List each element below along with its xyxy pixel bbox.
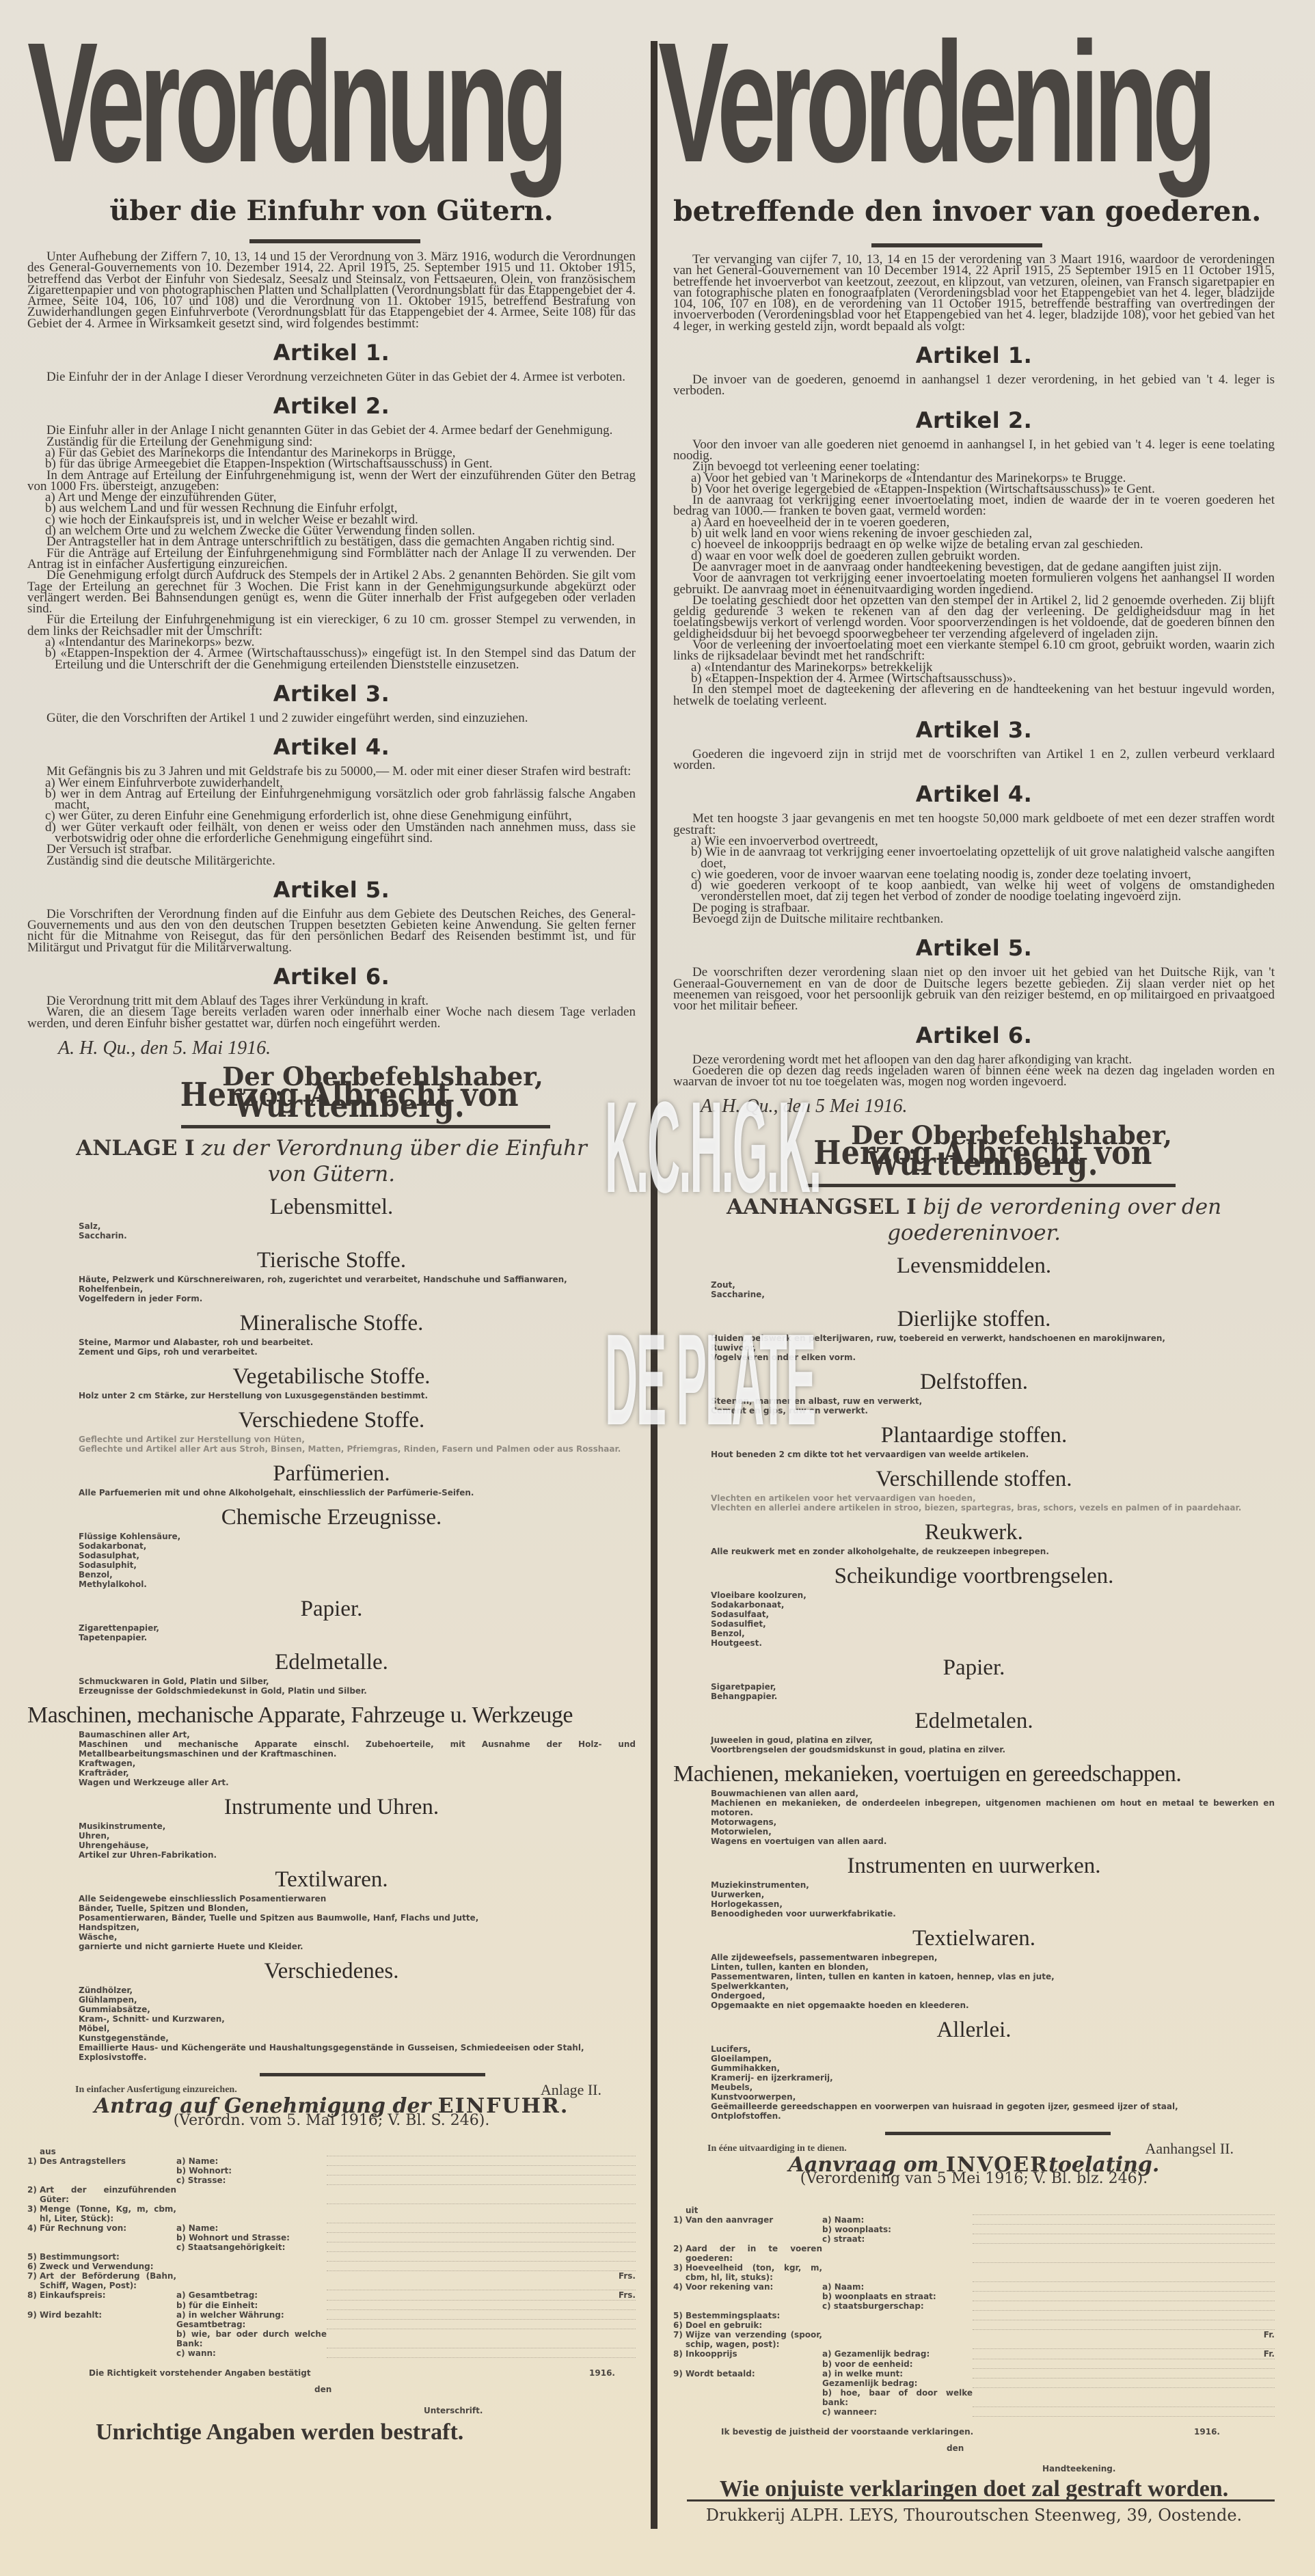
form-field-blank[interactable] xyxy=(327,2320,636,2329)
german-form-den: den xyxy=(27,2384,636,2395)
form-field-blank[interactable] xyxy=(327,2252,636,2262)
category-item: Uhren, xyxy=(79,1831,636,1841)
form-field-num: 4) xyxy=(27,2223,40,2233)
form-field-row: b) wie, bar oder durch welche Bank: xyxy=(27,2329,636,2348)
article-paragraph: Goederen die ingevoerd zijn in strijd me… xyxy=(673,749,1275,772)
form-field-label xyxy=(40,2166,176,2175)
german-column: Verordnung über die Einfuhr von Gütern. … xyxy=(27,0,636,2576)
article-paragraph: Die Vorschriften der Verordnung finden a… xyxy=(27,909,636,953)
form-field-label xyxy=(686,2301,822,2311)
category-heading: Edelmetalen. xyxy=(673,1707,1275,1735)
category-item: Sodakarbonaat, xyxy=(711,1600,1275,1610)
form-field-sub: c) Strasse: xyxy=(176,2175,327,2185)
category-item: Wäsche, xyxy=(79,1932,636,1942)
form-field-num: 5) xyxy=(27,2252,40,2262)
form-field-row: c) staatsburgerschap: xyxy=(673,2301,1275,2311)
form-field-blank[interactable] xyxy=(973,2407,1275,2417)
form-field-num xyxy=(27,2301,40,2310)
form-field-row: 5)Bestimmungsort: xyxy=(27,2252,636,2262)
dutch-form-fields: uit1)Van den aanvragera) Naam:b) woonpla… xyxy=(673,2206,1275,2417)
category-item: Kraftwagen, xyxy=(79,1759,636,1768)
dutch-annex-heading-rest: bij de verordening over den goedereninvo… xyxy=(887,1195,1221,1245)
title-rule xyxy=(249,239,420,243)
category-heading: Verschiedenes. xyxy=(27,1957,636,1985)
category-item: Alle Seidengewebe einschliesslich Posame… xyxy=(79,1894,636,1903)
form-field-num xyxy=(673,2378,686,2388)
article-paragraph: b) «Etappen-Inspektion der 4. Armee (Wir… xyxy=(27,648,636,670)
article-heading: Artikel 2. xyxy=(27,390,636,422)
form-field-blank[interactable] xyxy=(973,2369,1275,2378)
category-items: Muziekinstrumenten,Uurwerken,Horlogekass… xyxy=(673,1880,1275,1919)
form-field-label: Für Rechnung von: xyxy=(40,2223,176,2233)
form-field-num: 2) xyxy=(27,2185,40,2204)
category-item: Voortbrengselen der goudsmidskunst in go… xyxy=(711,1745,1275,1754)
category-heading: Verschillende stoffen. xyxy=(673,1465,1275,1493)
form-field-row: c) wanneer: xyxy=(673,2407,1275,2417)
form-field-label xyxy=(686,2225,822,2234)
category-item: Bouwmachienen van allen aard, xyxy=(711,1789,1275,1798)
form-field-row: 4)Für Rechnung von:a) Name: xyxy=(27,2223,636,2233)
category-item: Benzol, xyxy=(711,1629,1275,1638)
form-field-sub: b) woonplaats en straat: xyxy=(822,2292,973,2301)
poster: Verordnung über die Einfuhr von Gütern. … xyxy=(0,0,1315,2576)
category-item: Zement und Gips, roh und verarbeitet. xyxy=(79,1347,636,1357)
category-heading: Reukwerk. xyxy=(673,1518,1275,1547)
form-field-blank[interactable] xyxy=(327,2166,636,2175)
german-annex-heading-rest: zu der Verordnung über die Einfuhr von G… xyxy=(202,1136,587,1187)
category-item: garnierte und nicht garnierte Huete und … xyxy=(79,1942,636,1951)
form-field-blank[interactable] xyxy=(327,2262,636,2271)
category-item: Möbel, xyxy=(79,2024,636,2033)
category-item: Kunstgegenstände, xyxy=(79,2033,636,2043)
form-field-label xyxy=(686,2378,822,2388)
form-field-blank[interactable] xyxy=(327,2175,636,2185)
category-item: Saccharine, xyxy=(711,1290,1275,1299)
category-item: Holz unter 2 cm Stärke, zur Herstellung … xyxy=(79,1391,636,1400)
article-paragraph: Die Einfuhr der in der Anlage I dieser V… xyxy=(27,372,636,383)
form-field-row: uit xyxy=(673,2206,1275,2215)
form-field-sub: c) staatsburgerschap: xyxy=(822,2301,973,2311)
form-field-sub: c) wann: xyxy=(176,2348,327,2358)
form-field-row: c) Staatsangehörigkeit: xyxy=(27,2242,636,2252)
category-heading: Lebensmittel. xyxy=(27,1193,636,1221)
dutch-form-title: Aanvraag om INVOERtoelating. xyxy=(673,2160,1275,2171)
form-field-label xyxy=(686,2359,822,2369)
form-field-row: c) wann: xyxy=(27,2348,636,2358)
form-field-num xyxy=(27,2147,40,2156)
category-heading: Levensmiddelen. xyxy=(673,1251,1275,1280)
signature-rule xyxy=(806,1184,1176,1187)
form-field-row: 2)Art der einzuführenden Güter: xyxy=(27,2185,636,2204)
article-heading: Artikel 3. xyxy=(27,677,636,710)
form-field-sub xyxy=(176,2185,327,2204)
german-categories: Lebensmittel.Salz,Saccharin.Tierische St… xyxy=(27,1193,636,2062)
form-field-num: 8) xyxy=(27,2290,40,2301)
watermark-kchgk: K.C.H.G.K. xyxy=(605,1073,820,1222)
form-field-row: Gesamtbetrag: xyxy=(27,2320,636,2329)
form-field-num xyxy=(27,2233,40,2242)
category-item: Wagen und Werkzeuge aller Art. xyxy=(79,1778,636,1787)
form-field-num xyxy=(27,2166,40,2175)
form-field-blank[interactable] xyxy=(327,2147,636,2156)
form-field-row: 8)Inkoopprijsa) Gezamenlijk bedrag:Fr. xyxy=(673,2349,1275,2359)
form-field-blank[interactable] xyxy=(327,2242,636,2252)
form-field-label: Inkoopprijs xyxy=(686,2349,822,2359)
german-articles: Artikel 1.Die Einfuhr der in der Anlage … xyxy=(27,336,636,1029)
category-item: Kram-, Schnitt- und Kurzwaren, xyxy=(79,2014,636,2024)
form-field-sub xyxy=(822,2320,973,2330)
form-field-label: Bestimmungsort: xyxy=(40,2252,176,2262)
german-form-year: 1916. xyxy=(589,2368,615,2378)
category-item: Geflechte und Artikel aller Art aus Stro… xyxy=(79,1444,636,1454)
german-annex-heading: ANLAGE I zu der Verordnung über die Einf… xyxy=(27,1135,636,1187)
dutch-form: In ééne uitvaardiging in te dienen. Aanh… xyxy=(673,2143,1275,2521)
form-field-num: 3) xyxy=(673,2263,686,2282)
category-item: Benoodigheden voor uurwerkfabrikatie. xyxy=(711,1909,1275,1919)
form-field-blank[interactable] xyxy=(327,2348,636,2358)
category-item: Explosivstoffe. xyxy=(79,2052,636,2062)
german-annex-label: ANLAGE I xyxy=(76,1136,195,1161)
category-item: Uurwerken, xyxy=(711,1890,1275,1899)
category-item: Bänder, Tuelle, Spitzen und Blonden, xyxy=(79,1903,636,1913)
article-paragraph: Zuständig sind die deutsche Militärgeric… xyxy=(27,856,636,867)
category-heading: Parfümerien. xyxy=(27,1459,636,1488)
form-field-num xyxy=(673,2292,686,2301)
article-paragraph: d) wie goederen verkoopt of te koop aanb… xyxy=(673,880,1275,903)
article-paragraph: Die Genehmigung erfolgt durch Aufdruck d… xyxy=(27,570,636,614)
form-field-row: 6)Doel en gebruik: xyxy=(673,2320,1275,2330)
category-items: Geflechte und Artikel zur Herstellung vo… xyxy=(27,1435,636,1454)
form-field-num xyxy=(27,2348,40,2358)
category-items: Schmuckwaren in Gold, Platin und Silber,… xyxy=(27,1677,636,1696)
category-item: Posamentierwaren, Bänder, Tuelle und Spi… xyxy=(79,1913,636,1923)
german-signatory-name: Herzog Albrecht von Württemberg. xyxy=(64,1089,599,1112)
form-field-label xyxy=(686,2292,822,2301)
category-item: Zigarettenpapier, xyxy=(79,1623,636,1633)
form-field-blank[interactable] xyxy=(327,2301,636,2310)
form-field-sub: a) Name: xyxy=(176,2223,327,2233)
article-paragraph: Voor de aanvragen tot verkrijging eener … xyxy=(673,573,1275,595)
category-items: Salz,Saccharin. xyxy=(27,1221,636,1240)
category-item: Gloeilampen, xyxy=(711,2054,1275,2063)
german-form: In einfacher Ausfertigung einzureichen. … xyxy=(27,2085,636,2438)
form-field-row: 8)Einkaufspreis:a) Gesamtbetrag:Frs. xyxy=(27,2290,636,2301)
form-field-label xyxy=(40,2320,176,2329)
form-field-blank[interactable] xyxy=(973,2263,1275,2282)
form-field-sub: a) Naam: xyxy=(822,2282,973,2292)
form-field-num: 1) xyxy=(673,2215,686,2225)
category-item: Sigaretpapier, xyxy=(711,1682,1275,1692)
category-item: Machienen en mekanieken, de onderdeelen … xyxy=(711,1798,1275,1817)
form-field-blank[interactable] xyxy=(327,2156,636,2166)
form-field-num: 8) xyxy=(673,2349,686,2359)
category-item: Houtgeest. xyxy=(711,1638,1275,1648)
category-item: Maschinen und mechanische Apparate einsc… xyxy=(79,1739,636,1759)
form-field-num xyxy=(673,2388,686,2407)
category-item: Linten, tullen, kanten en blonden, xyxy=(711,1962,1275,1972)
category-item: Sodasulfaat, xyxy=(711,1610,1275,1619)
category-item: Alle reukwerk met en zonder alkoholgehal… xyxy=(711,1547,1275,1556)
form-field-blank[interactable] xyxy=(973,2301,1275,2311)
category-items: Bouwmachienen van allen aard,Machienen e… xyxy=(673,1789,1275,1846)
dutch-articles: Artikel 1.De invoer van de goederen, gen… xyxy=(673,339,1275,1087)
category-items: Steine, Marmor und Alabaster, roh und be… xyxy=(27,1338,636,1357)
german-title: Verordnung xyxy=(27,17,562,188)
form-field-label xyxy=(40,2175,176,2185)
article-paragraph: De toelating geschiedt door het opzetten… xyxy=(673,595,1275,640)
signature-rule xyxy=(181,1125,550,1128)
category-item: Spelwerkkanten, xyxy=(711,1981,1275,1991)
category-item: Vogelfedern in jeder Form. xyxy=(79,1294,636,1303)
article-paragraph: Für die Anträge auf Erteilung der Einfuh… xyxy=(27,548,636,571)
form-field-blank[interactable] xyxy=(327,2329,636,2348)
annex-rule xyxy=(885,2132,1111,2135)
form-field-sub: c) wanneer: xyxy=(822,2407,973,2417)
category-item: Erzeugnisse der Goldschmiedekunst in Gol… xyxy=(79,1686,636,1696)
form-field-blank[interactable] xyxy=(327,2204,636,2223)
form-field-blank[interactable] xyxy=(973,2244,1275,2263)
form-field-sub: b) Wohnort: xyxy=(176,2166,327,2175)
form-field-label: Doel en gebruik: xyxy=(686,2320,822,2330)
form-field-label: Hoeveelheid (ton, kgr, m, cbm, hl, lit, … xyxy=(686,2263,822,2282)
form-field-row: b) woonplaats: xyxy=(673,2225,1275,2234)
form-field-blank[interactable] xyxy=(327,2310,636,2320)
form-field-row: Gezamenlijk bedrag: xyxy=(673,2378,1275,2388)
category-item: Benzol, xyxy=(79,1570,636,1580)
form-field-row: 4)Voor rekening van:a) Naam: xyxy=(673,2282,1275,2292)
category-item: Meubels, xyxy=(711,2083,1275,2092)
form-field-label xyxy=(40,2242,176,2252)
category-item: Behangpapier. xyxy=(711,1692,1275,1701)
form-field-sub: a) Gesamtbetrag: xyxy=(176,2290,327,2301)
form-field-row: aus xyxy=(27,2147,636,2156)
category-items: Häute, Pelzwerk und Kürschnereiwaren, ro… xyxy=(27,1275,636,1303)
form-field-num: 2) xyxy=(673,2244,686,2263)
category-item: Methylalkohol. xyxy=(79,1580,636,1589)
category-item: Sodakarbonat, xyxy=(79,1541,636,1551)
category-heading: Allerlei. xyxy=(673,2016,1275,2044)
category-item: Muziekinstrumenten, xyxy=(711,1880,1275,1890)
category-item: Sodasulphat, xyxy=(79,1551,636,1560)
form-field-row: 6)Zweck und Verwendung: xyxy=(27,2262,636,2271)
form-field-label: Aard der in te voeren goederen: xyxy=(686,2244,822,2263)
category-item: Motorwielen, xyxy=(711,1827,1275,1836)
category-items: Zündhölzer,Glühlampen,Gummiabsätze,Kram-… xyxy=(27,1985,636,2062)
category-item: Gummiabsätze, xyxy=(79,2005,636,2014)
category-item: Ontplofstoffen. xyxy=(711,2111,1275,2121)
category-items: Zigarettenpapier,Tapetenpapier. xyxy=(27,1623,636,1642)
form-field-sub: b) voor de eenheid: xyxy=(822,2359,973,2369)
form-field-row: 3)Menge (Tonne, Kg, m, cbm, hl, Liter, S… xyxy=(27,2204,636,2223)
german-form-confirm: Die Richtigkeit vorstehender Angaben bes… xyxy=(89,2368,311,2378)
form-field-blank[interactable] xyxy=(973,2359,1275,2369)
form-field-label: Art der Beförderung (Bahn, Schiff, Wagen… xyxy=(40,2271,176,2290)
article-heading: Artikel 4. xyxy=(673,778,1275,811)
category-item: Ondergoed, xyxy=(711,1991,1275,2001)
category-item: Flüssige Kohlensäure, xyxy=(79,1532,636,1541)
article-paragraph: Güter, die den Vorschriften der Artikel … xyxy=(27,713,636,724)
category-heading: Maschinen, mechanische Apparate, Fahrzeu… xyxy=(27,1701,636,1730)
form-field-blank[interactable] xyxy=(973,2311,1275,2320)
form-field-label xyxy=(686,2388,822,2407)
form-field-blank[interactable]: Frs. xyxy=(327,2290,636,2301)
form-field-row: 2)Aard der in te voeren goederen: xyxy=(673,2244,1275,2263)
category-items: Sigaretpapier,Behangpapier. xyxy=(673,1682,1275,1701)
form-field-sub xyxy=(176,2204,327,2223)
category-heading: Verschiedene Stoffe. xyxy=(27,1406,636,1435)
category-items: Vlechten en artikelen voor het vervaardi… xyxy=(673,1493,1275,1513)
category-heading: Instrumenten en uurwerken. xyxy=(673,1852,1275,1880)
category-heading: Tierische Stoffe. xyxy=(27,1246,636,1275)
form-field-label: Einkaufspreis: xyxy=(40,2290,176,2301)
form-field-blank[interactable] xyxy=(973,2282,1275,2292)
article-paragraph: In den stempel moet de dagteekening der … xyxy=(673,684,1275,707)
form-field-sub: Gesamtbetrag: xyxy=(176,2320,327,2329)
category-item: Häute, Pelzwerk und Kürschnereiwaren, ro… xyxy=(79,1275,636,1284)
article-heading: Artikel 1. xyxy=(27,336,636,369)
form-field-num xyxy=(673,2234,686,2244)
form-field-row: 1)Des Antragstellersa) Name: xyxy=(27,2156,636,2166)
form-field-blank[interactable]: Fr. xyxy=(973,2349,1275,2359)
category-items: Alle Parfuemerien mit und ohne Alkoholge… xyxy=(27,1488,636,1497)
form-field-row: b) woonplaats en straat: xyxy=(673,2292,1275,2301)
category-item: Geflechte und Artikel zur Herstellung vo… xyxy=(79,1435,636,1444)
category-heading: Edelmetalle. xyxy=(27,1648,636,1677)
form-field-blank[interactable]: Frs. xyxy=(327,2271,636,2290)
dutch-form-confirm: Ik bevestig de juistheid der voorstaande… xyxy=(721,2426,973,2437)
category-items: Zout,Saccharine, xyxy=(673,1280,1275,1299)
form-field-label xyxy=(686,2407,822,2417)
dutch-subtitle: betreffende den invoer van goederen. xyxy=(673,195,1275,228)
form-field-sub xyxy=(822,2206,973,2215)
dutch-preamble: Ter vervanging van cijfer 7, 10, 13, 14 … xyxy=(673,254,1275,332)
category-items: Vloeibare koolzuren,Sodakarbonaat,Sodasu… xyxy=(673,1590,1275,1648)
form-field-sub: b) Wohnort und Strasse: xyxy=(176,2233,327,2242)
form-field-label: Zweck und Verwendung: xyxy=(40,2262,176,2271)
category-items: Baumaschinen aller Art,Maschinen und mec… xyxy=(27,1730,636,1787)
form-field-blank[interactable] xyxy=(973,2292,1275,2301)
category-heading: Instrumente und Uhren. xyxy=(27,1793,636,1821)
form-field-blank[interactable] xyxy=(973,2225,1275,2234)
form-field-num: 6) xyxy=(673,2320,686,2330)
article-heading: Artikel 4. xyxy=(27,731,636,763)
form-field-label xyxy=(40,2301,176,2310)
german-subtitle: über die Einfuhr von Gütern. xyxy=(27,195,636,227)
form-field-label: Wird bezahlt: xyxy=(40,2310,176,2320)
category-item: Gummihakken, xyxy=(711,2063,1275,2073)
german-form-warning: Unrichtige Angaben werden bestraft. xyxy=(27,2427,636,2438)
form-field-label xyxy=(40,2233,176,2242)
dutch-form-signature-label: Handteekening. xyxy=(673,2463,1275,2474)
form-field-num xyxy=(673,2206,686,2215)
form-field-blank[interactable] xyxy=(973,2215,1275,2225)
article-paragraph: b) Wie in de aanvraag tot verkrijging ee… xyxy=(673,847,1275,869)
category-item: Sodasulphit, xyxy=(79,1560,636,1570)
article-paragraph: d) wer Güter verkauft oder feilhält, von… xyxy=(27,822,636,845)
category-item: Alle Parfuemerien mit und ohne Alkoholge… xyxy=(79,1488,636,1497)
article-heading: Artikel 6. xyxy=(27,960,636,993)
article-heading: Artikel 6. xyxy=(673,1019,1275,1052)
category-item: Musikinstrumente, xyxy=(79,1821,636,1831)
form-field-label: Wijze van verzending (spoor, schip, wage… xyxy=(686,2330,822,2349)
dutch-form-warning: Wie onjuiste verklaringen doet zal gestr… xyxy=(673,2484,1275,2495)
form-field-sub xyxy=(176,2262,327,2271)
article-paragraph: Met ten hoogste 3 jaar gevangenis en met… xyxy=(673,813,1275,836)
form-field-num: 4) xyxy=(673,2282,686,2292)
form-field-label xyxy=(40,2348,176,2358)
category-item: Lucifers, xyxy=(711,2044,1275,2054)
form-field-num xyxy=(673,2407,686,2417)
german-date-line: A. H. Qu., den 5. Mai 1916. xyxy=(27,1043,636,1054)
dutch-title: Verordening xyxy=(658,17,1211,188)
form-field-num xyxy=(673,2301,686,2311)
form-field-blank[interactable] xyxy=(327,2233,636,2242)
category-items: Juweelen in goud, platina en zilver,Voor… xyxy=(673,1735,1275,1754)
form-field-blank[interactable] xyxy=(973,2388,1275,2407)
category-item: Glühlampen, xyxy=(79,1995,636,2005)
category-item: Sodasulfiet, xyxy=(711,1619,1275,1629)
category-item: Uhrengehäuse, xyxy=(79,1841,636,1850)
article-paragraph: In dem Antrage auf Erteilung der Einfuhr… xyxy=(27,470,636,493)
category-item: Kunstvoorwerpen, xyxy=(711,2092,1275,2102)
category-item: Vloeibare koolzuren, xyxy=(711,1590,1275,1600)
category-item: Steine, Marmor und Alabaster, roh und be… xyxy=(79,1338,636,1347)
form-field-blank[interactable] xyxy=(973,2378,1275,2388)
form-field-label: Menge (Tonne, Kg, m, cbm, hl, Liter, Stü… xyxy=(40,2204,176,2223)
category-item: Artikel zur Uhren-Fabrikation. xyxy=(79,1850,636,1860)
form-field-label: Voor rekening van: xyxy=(686,2282,822,2292)
form-field-row: 1)Van den aanvragera) Naam: xyxy=(673,2215,1275,2225)
category-items: Holz unter 2 cm Stärke, zur Herstellung … xyxy=(27,1391,636,1400)
form-field-row: 5)Bestemmingsplaats: xyxy=(673,2311,1275,2320)
form-field-num: 7) xyxy=(27,2271,40,2290)
dutch-form-subtitle: (Verordening van 5 Mei 1916; V. Bl. blz.… xyxy=(673,2173,1275,2184)
category-heading: Machienen, mekanieken, voertuigen en ger… xyxy=(673,1760,1275,1789)
form-field-sub xyxy=(176,2271,327,2290)
category-item: Alle zijdeweefsels, passementwaren inbeg… xyxy=(711,1953,1275,1962)
dutch-form-den: den xyxy=(673,2443,1275,2454)
form-field-label: uit xyxy=(686,2206,822,2215)
category-heading: Papier. xyxy=(673,1653,1275,1682)
form-field-blank[interactable] xyxy=(973,2234,1275,2244)
category-item: Vlechten en allerlei andere artikelen in… xyxy=(711,1503,1275,1513)
printer-credit: Drukkerij ALPH. LEYS, Thouroutschen Stee… xyxy=(673,2510,1275,2521)
form-field-label xyxy=(686,2234,822,2244)
german-body: Unter Aufhebung der Ziffern 7, 10, 13, 1… xyxy=(27,252,636,2438)
form-field-sub: a) Gezamenlijk bedrag: xyxy=(822,2349,973,2359)
printer-rule xyxy=(687,2499,1275,2502)
form-field-blank[interactable] xyxy=(973,2206,1275,2215)
category-item: Wagens en voertuigen van allen aard. xyxy=(711,1836,1275,1846)
form-field-sub xyxy=(176,2147,327,2156)
article-paragraph: b) wer in dem Antrag auf Erteilung der E… xyxy=(27,789,636,811)
form-field-blank[interactable] xyxy=(327,2185,636,2204)
category-item: Vlechten en artikelen voor het vervaardi… xyxy=(711,1493,1275,1503)
german-preamble: Unter Aufhebung der Ziffern 7, 10, 13, 1… xyxy=(27,252,636,329)
form-field-sub: b) woonplaats: xyxy=(822,2225,973,2234)
article-paragraph: Voor den invoer van alle goederen niet g… xyxy=(673,439,1275,462)
category-items: Alle zijdeweefsels, passementwaren inbeg… xyxy=(673,1953,1275,2010)
form-field-label: Des Antragstellers xyxy=(40,2156,176,2166)
category-items: Alle Seidengewebe einschliesslich Posame… xyxy=(27,1894,636,1951)
form-field-blank[interactable] xyxy=(327,2223,636,2233)
category-item: Horlogekassen, xyxy=(711,1899,1275,1909)
form-field-blank[interactable] xyxy=(973,2320,1275,2330)
form-field-blank[interactable]: Fr. xyxy=(973,2330,1275,2349)
form-field-row: 7)Art der Beförderung (Bahn, Schiff, Wag… xyxy=(27,2271,636,2290)
form-field-sub: b) wie, bar oder durch welche Bank: xyxy=(176,2329,327,2348)
form-field-row: b) Wohnort: xyxy=(27,2166,636,2175)
